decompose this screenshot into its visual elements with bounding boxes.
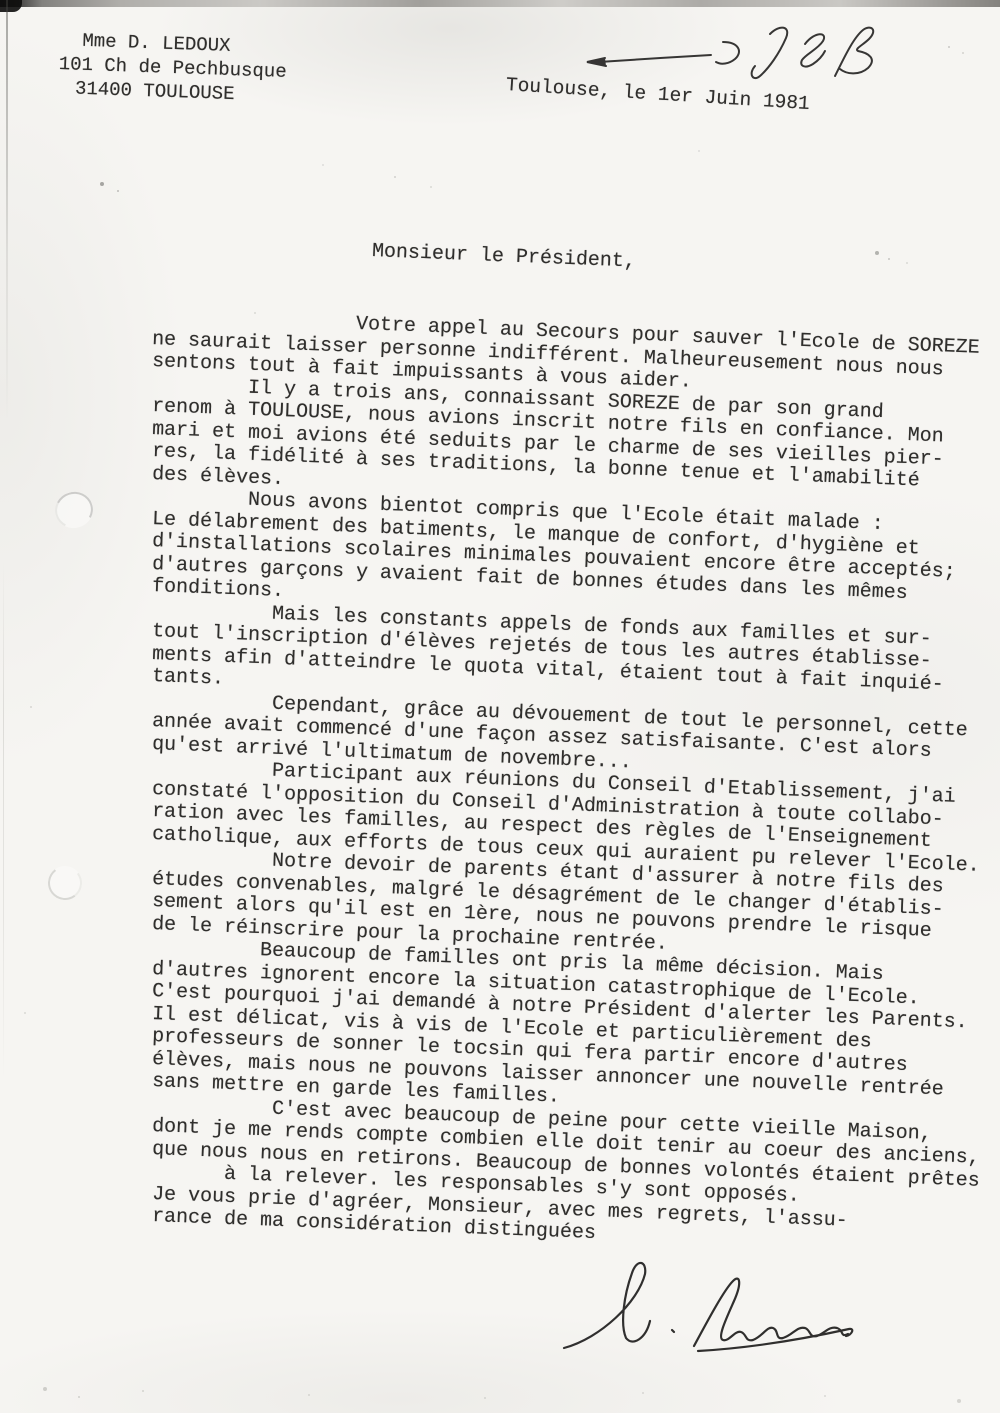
annotation-arrow-stroke — [599, 55, 711, 62]
signature-handwriting: D. Ledoux — [556, 1248, 866, 1363]
hole-punch-bottom — [46, 864, 84, 902]
signature-strokes — [556, 1248, 866, 1363]
signature-ledoux-stroke — [694, 1279, 848, 1346]
signature-d-stroke — [564, 1263, 650, 1348]
letter-body: Votre appel au Secours pour sauver l'Eco… — [152, 306, 1000, 1229]
scan-corner-blot — [0, 0, 22, 12]
scan-top-edge-artifact — [0, 0, 1000, 7]
signature-dot — [672, 1330, 674, 1332]
scan-left-edge-artifact — [6, 0, 8, 420]
annotation-letter-j — [752, 28, 788, 78]
scanned-letter-page: Mme D. LEDOUX101 Ch de Pechbusque31400 T… — [0, 0, 1000, 1413]
annotation-arrowhead — [587, 58, 606, 66]
sender-address: Mme D. LEDOUX101 Ch de Pechbusque31400 T… — [57, 28, 287, 108]
scan-left-edge-artifact-low — [3, 560, 4, 1080]
salutation: Monsieur le Président, — [372, 240, 637, 274]
scan-speckles — [0, 0, 2, 2]
hole-punch-top — [50, 487, 97, 533]
annotation-chevron-stroke — [716, 42, 739, 64]
annotation-letter-b — [835, 28, 873, 76]
annotation-letter-c — [801, 34, 825, 66]
